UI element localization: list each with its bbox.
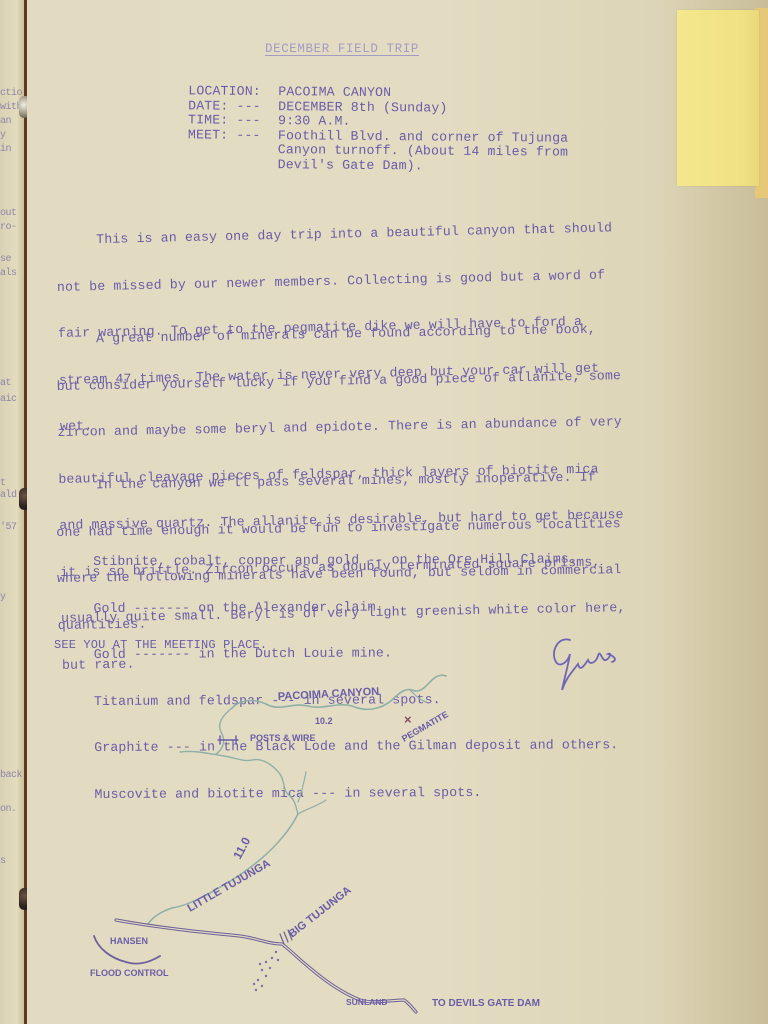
label-posts-wire: POSTS & WIRE bbox=[250, 733, 316, 743]
label-hansen: HANSEN bbox=[110, 936, 148, 946]
label-to-devils-gate: TO DEVILS GATE DAM bbox=[432, 998, 540, 1009]
label-little-tujunga: LITTLE TUJUNGA bbox=[186, 857, 273, 914]
label-flood-control: FLOOD CONTROL bbox=[90, 968, 169, 978]
gate-marker-icon bbox=[218, 736, 238, 744]
little-tujunga-creek bbox=[148, 814, 298, 924]
pegmatite-marker-icon: × bbox=[404, 712, 412, 727]
wash-dots bbox=[253, 951, 279, 991]
label-big-tujunga: BIG TUJUNGA bbox=[286, 884, 353, 940]
label-sunland: SUNLAND bbox=[346, 997, 388, 1007]
route-map: PACOIMA CANYON 10.2 POSTS & WIRE × PEGMA… bbox=[0, 0, 768, 1024]
label-pacoima-canyon: PACOIMA CANYON bbox=[278, 686, 380, 703]
label-mile-11-0: 11.0 bbox=[230, 835, 253, 862]
label-mile-10-2: 10.2 bbox=[315, 716, 333, 726]
